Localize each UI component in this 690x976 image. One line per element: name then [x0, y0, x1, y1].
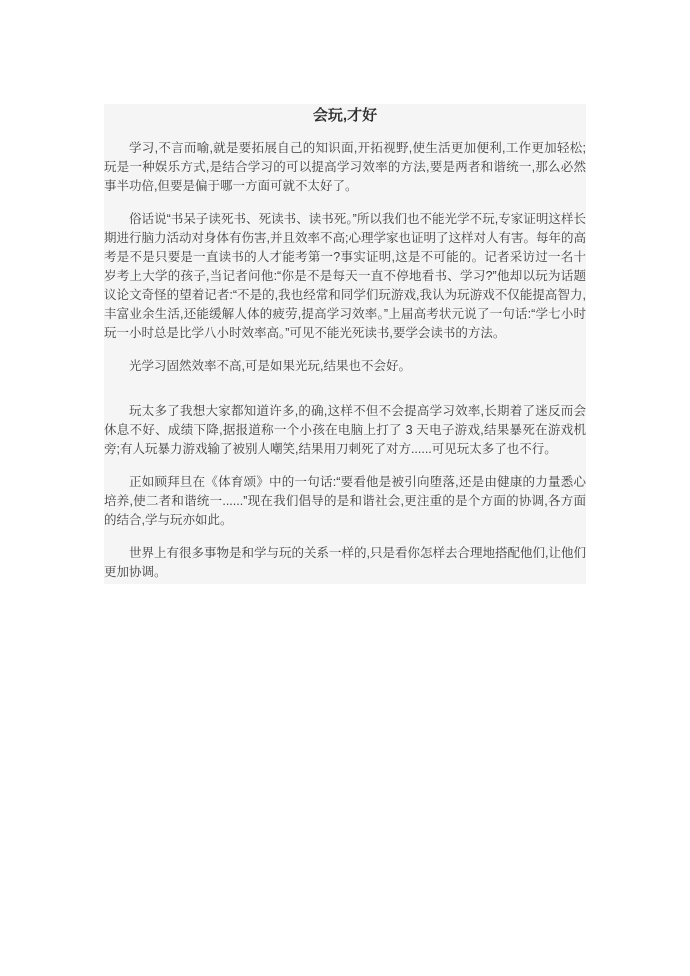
essay-paragraph-5: 正如顾拜旦在《体育颂》中的一句话:“要看他是被引向堕落,还是由健康的力量悉心培养…	[104, 473, 586, 530]
essay-paragraph-2: 俗话说“书呆子读死书、死读书、读书死。”所以我们也不能光学不玩,专家证明这样长期…	[104, 210, 586, 343]
essay-paragraph-4: 玩太多了我想大家都知道许多,的确,这样不但不会提高学习效率,长期着了迷反而会休息…	[104, 402, 586, 459]
essay-title: 会玩,才好	[104, 107, 586, 125]
essay-paragraph-1: 学习,不言而喻,就是要拓展自己的知识面,开拓视野,使生活更加便利,工作更加轻松;…	[104, 139, 586, 196]
essay-sheet: 会玩,才好 学习,不言而喻,就是要拓展自己的知识面,开拓视野,使生活更加便利,工…	[104, 104, 586, 584]
essay-paragraph-3: 光学习固然效率不高,可是如果光玩,结果也不会好。	[104, 357, 586, 376]
essay-paragraph-6: 世界上有很多事物是和学与玩的关系一样的,只是看你怎样去合理地搭配他们,让他们更加…	[104, 544, 586, 582]
